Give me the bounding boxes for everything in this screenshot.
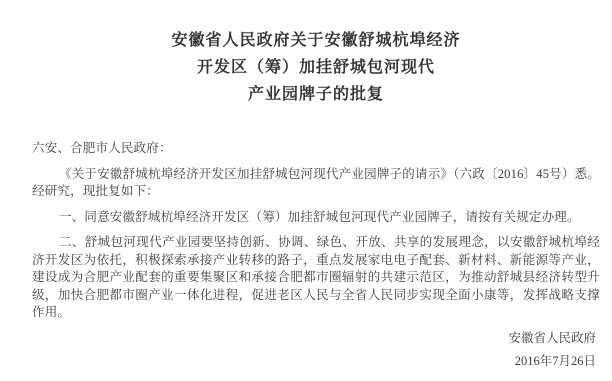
document-page: 安徽省人民政府关于安徽舒城杭埠经济 开发区（筹）加挂舒城包河现代 产业园牌子的批…: [0, 0, 612, 381]
paragraph-item-1: 一、同意安徽舒城杭埠经济开发区（筹）加挂舒城包河现代产业园牌子，请按有关规定办理…: [32, 209, 600, 227]
document-title-line-2: 开发区（筹）加挂舒城包河现代: [32, 54, 600, 81]
paragraph-item-2: 二、舒城包河现代产业园要坚持创新、协调、绿色、开放、共享的发展理念，以安徽舒城杭…: [32, 234, 600, 322]
paragraph-intro: 《关于安徽舒城杭埠经济开发区加挂舒城包河现代产业园牌子的请示》（六政〔2016〕…: [32, 166, 600, 201]
signature-issuer: 安徽省人民政府: [32, 327, 596, 350]
salutation: 六安、合肥市人民政府：: [32, 140, 600, 158]
document-title: 安徽省人民政府关于安徽舒城杭埠经济 开发区（筹）加挂舒城包河现代 产业园牌子的批…: [32, 27, 600, 108]
document-title-line-1: 安徽省人民政府关于安徽舒城杭埠经济: [32, 27, 600, 54]
signature-date: 2016年7月26日: [32, 350, 596, 373]
signature-block: 安徽省人民政府 2016年7月26日: [32, 327, 600, 373]
document-body: 六安、合肥市人民政府： 《关于安徽舒城杭埠经济开发区加挂舒城包河现代产业园牌子的…: [32, 140, 600, 322]
document-title-line-3: 产业园牌子的批复: [32, 81, 600, 108]
